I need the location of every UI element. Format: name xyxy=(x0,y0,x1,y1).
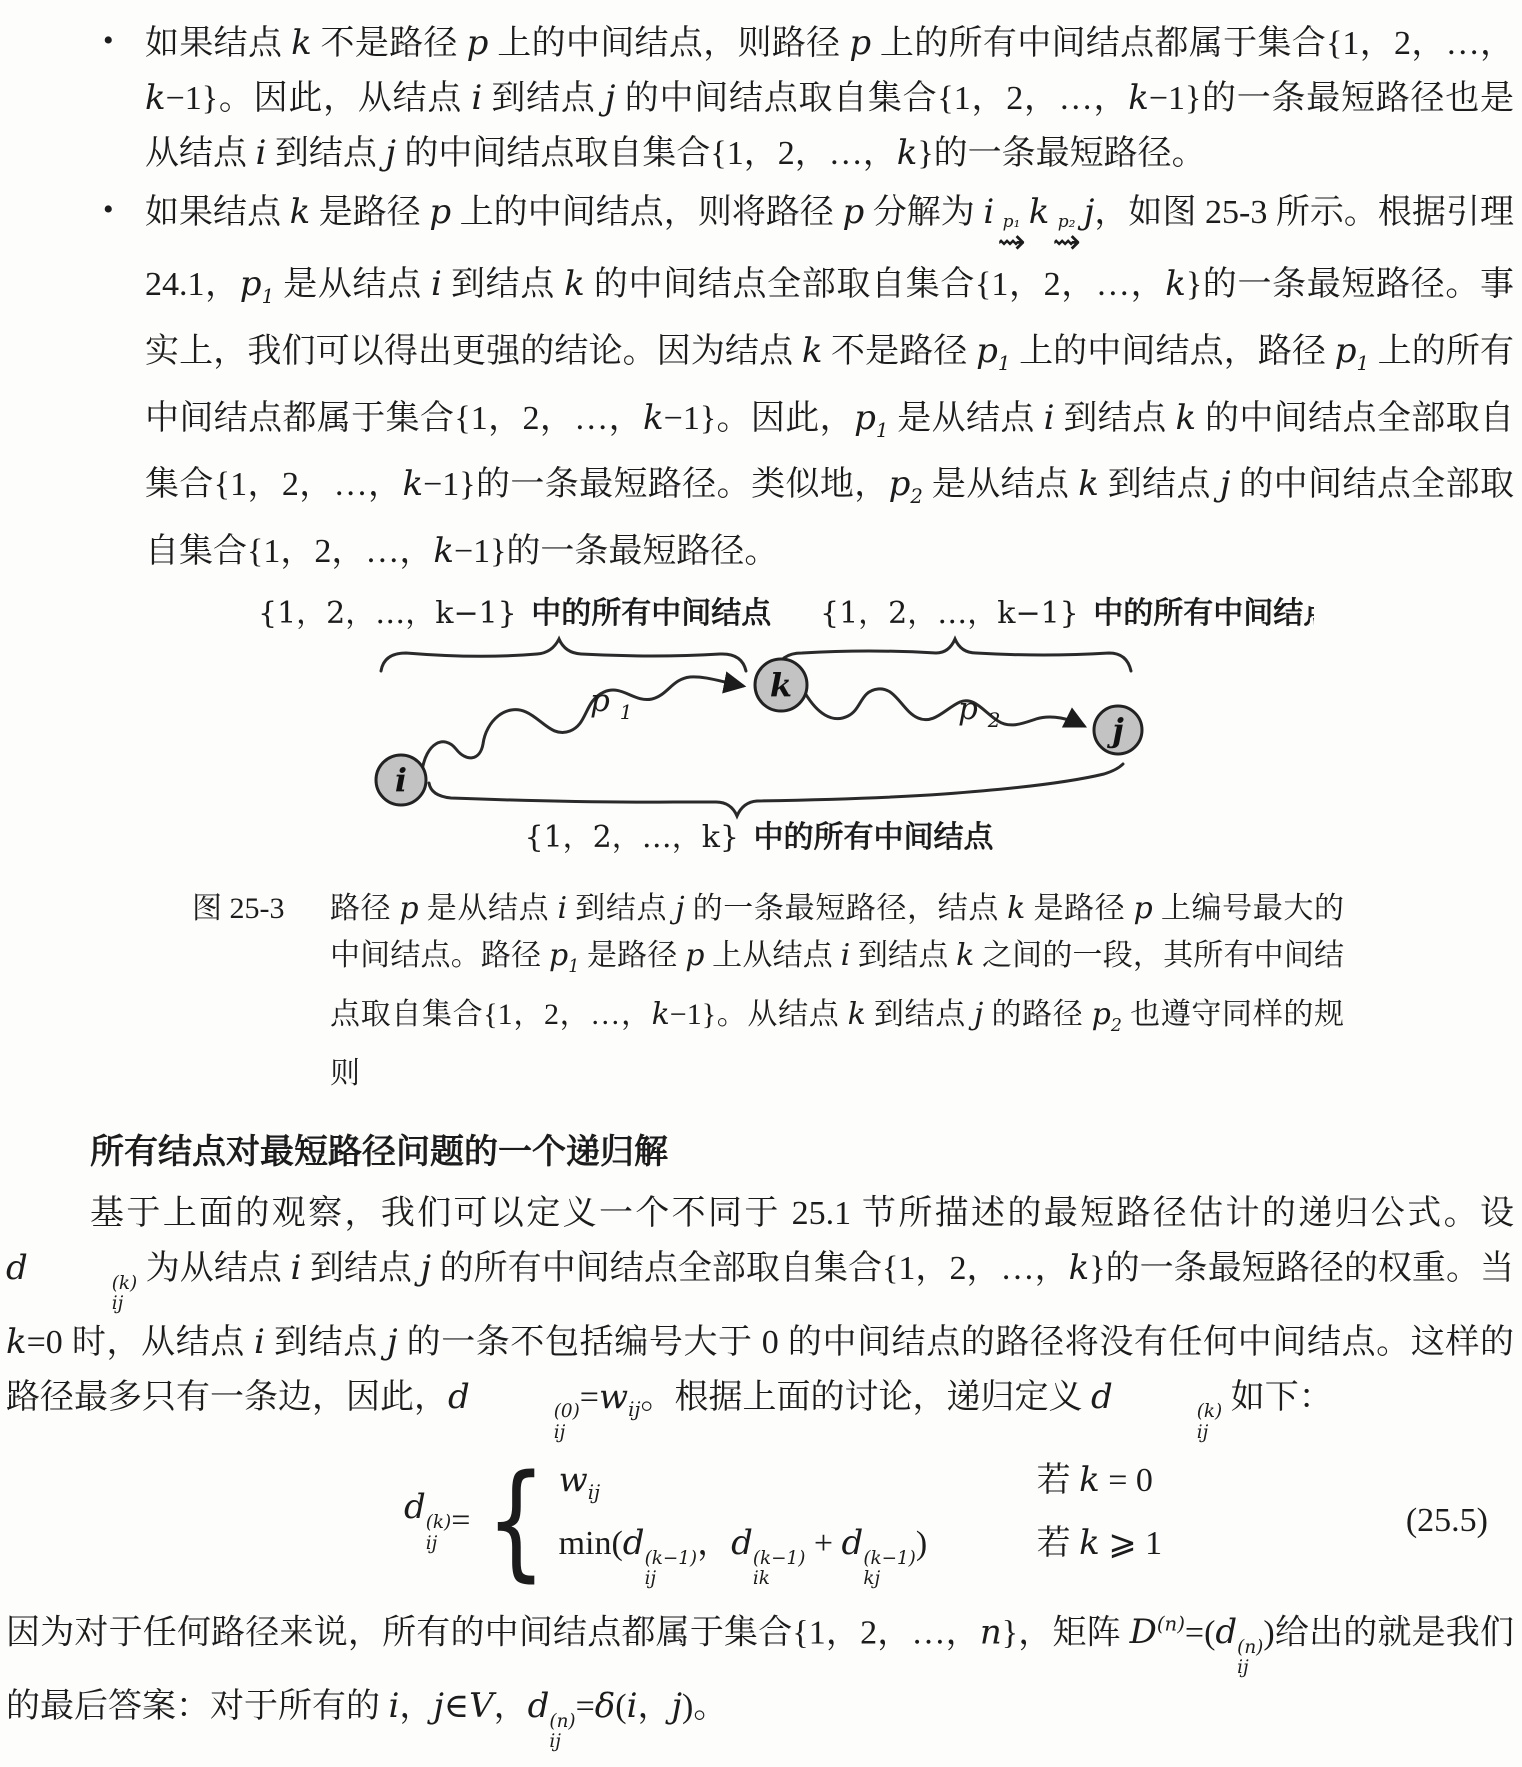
node-j: j xyxy=(1094,706,1142,754)
case-cond-k0: 若 k = 0 xyxy=(1037,1452,1153,1501)
bullet-list: • 如果结点 k 不是路径 p 上的中间结点，则路径 p 上的所有中间结点都属于… xyxy=(6,16,1514,579)
equation-lhs: d(k)ij = xyxy=(404,1487,470,1554)
equation-25-5: d(k)ij = { wij 若 k = 0 min(d(k−1)ij，d(k−… xyxy=(6,1452,1514,1590)
bullet-text-case1: 如果结点 k 不是路径 p 上的中间结点，则路径 p 上的所有中间结点都属于集合… xyxy=(145,25,1514,172)
section-heading: 所有结点对最短路径问题的一个递归解 xyxy=(90,1125,1514,1179)
book-page: • 如果结点 k 不是路径 p 上的中间结点，则路径 p 上的所有中间结点都属于… xyxy=(0,0,1522,1767)
svg-text:i: i xyxy=(395,761,407,799)
case-expr-k1: min(d(k−1)ij，d(k−1)ik + d(k−1)kj) xyxy=(559,1515,1037,1590)
bullet-item-case1: • 如果结点 k 不是路径 p 上的中间结点，则路径 p 上的所有中间结点都属于… xyxy=(145,16,1514,181)
path-label-p2: p 2 xyxy=(958,691,1000,732)
overbrace-left xyxy=(381,639,746,671)
node-k: k xyxy=(755,659,807,711)
bullet-marker: • xyxy=(103,183,114,237)
figure-caption-text: 路径 p 是从结点 i 到结点 j 的一条最短路径，结点 k 是路径 p 上编号… xyxy=(330,885,1344,1097)
figure-25-3: {1，2，…，k−1} 中的所有中间结点 {1，2，…，k−1} 中的所有中间结… xyxy=(254,591,1514,867)
bullet-item-case2: • 如果结点 k 是路径 p 上的中间结点，则将路径 p 分解为 ip₁⇝kp₂… xyxy=(145,185,1514,579)
paragraph-recursive-definition: 基于上面的观察，我们可以定义一个不同于 25.1 节所描述的最短路径估计的递归公… xyxy=(6,1187,1514,1443)
node-i: i xyxy=(376,755,426,805)
squiggly-path-p1 xyxy=(422,677,743,771)
case-row-k0: wij 若 k = 0 xyxy=(559,1452,1163,1504)
equation-number: (25.5) xyxy=(1406,1502,1488,1540)
brace-label-bottom: {1，2，…，k} 中的所有中间结点 xyxy=(524,818,994,855)
paragraph-final: 因为对于任何路径来说，所有的中间结点都属于集合{1，2，…，n}，矩阵 D(n)… xyxy=(6,1598,1514,1753)
bullet-marker: • xyxy=(103,14,114,68)
figure-25-3-svg: {1，2，…，k−1} 中的所有中间结点 {1，2，…，k−1} 中的所有中间结… xyxy=(254,591,1314,867)
brace-label-right: {1，2，…，k−1} 中的所有中间结点 xyxy=(820,594,1314,631)
brace-label-left: {1，2，…，k−1} 中的所有中间结点 xyxy=(258,594,772,631)
case-cond-k1: 若 k ⩾ 1 xyxy=(1037,1515,1163,1564)
path-label-p1: p 1 xyxy=(590,683,632,724)
overbrace-right xyxy=(777,639,1131,671)
squiggly-path-p2 xyxy=(805,689,1084,726)
cases-brace: { xyxy=(486,1463,546,1579)
case-expr-k0: wij xyxy=(559,1460,1037,1504)
case-row-k1: min(d(k−1)ij，d(k−1)ik + d(k−1)kj) 若 k ⩾ … xyxy=(559,1515,1163,1590)
bullet-text-case2: 如果结点 k 是路径 p 上的中间结点，则将路径 p 分解为 ip₁⇝kp₂⇝j… xyxy=(145,194,1514,570)
figure-caption: 图 25-3 路径 p 是从结点 i 到结点 j 的一条最短路径，结点 k 是路… xyxy=(192,885,1344,1097)
figure-caption-label: 图 25-3 xyxy=(192,885,330,1097)
underbrace-bottom xyxy=(429,764,1123,816)
equation-cases: wij 若 k = 0 min(d(k−1)ij，d(k−1)ik + d(k−… xyxy=(559,1452,1163,1590)
svg-text:k: k xyxy=(770,666,792,704)
